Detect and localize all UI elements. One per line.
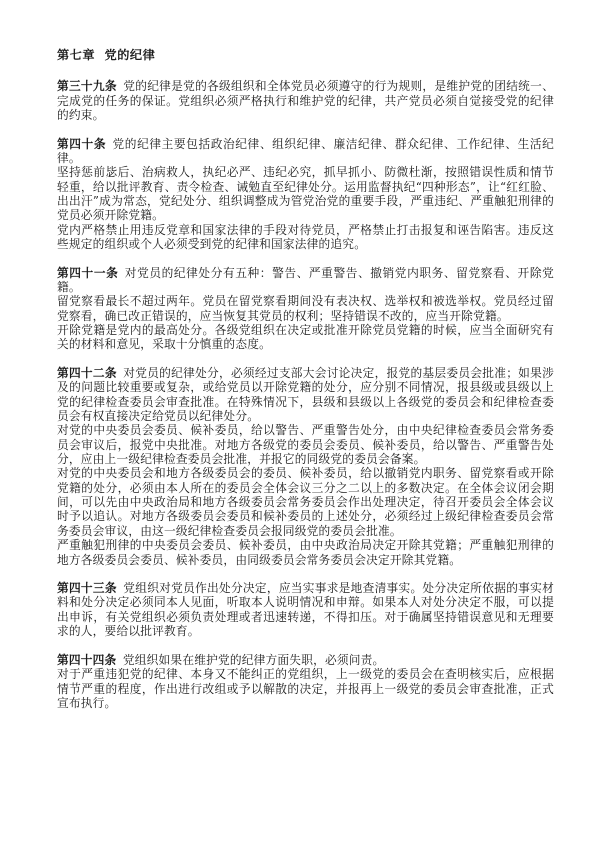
article-number: 第四十四条 xyxy=(57,653,116,667)
article-paragraph: 第四十条党的纪律主要包括政治纪律、组织纪律、廉洁纪律、群众纪律、工作纪律、生活纪… xyxy=(57,137,554,166)
article-39: 第三十九条党的纪律是党的各级组织和全体党员必须遵守的行为规则，是维护党的团结统一… xyxy=(57,79,554,122)
article-number: 第四十二条 xyxy=(57,366,117,380)
article-paragraph: 开除党籍是党内的最高处分。各级党组织在决定或批准开除党员党籍的时候，应当全面研究… xyxy=(57,323,554,352)
article-text: 党组织对党员作出处分决定，应当实事求是地查清事实。处分决定所依据的事实材料和处分… xyxy=(57,581,554,638)
article-number: 第四十一条 xyxy=(57,266,118,280)
article-paragraph: 第四十三条党组织对党员作出处分决定，应当实事求是地查清事实。处分决定所依据的事实… xyxy=(57,581,554,638)
article-number: 第四十三条 xyxy=(57,581,117,595)
chapter-title: 第七章 党的纪律 xyxy=(57,48,554,62)
article-paragraph: 对于严重违犯党的纪律、本身又不能纠正的党组织，上一级党的委员会在查明核实后，应根… xyxy=(57,667,554,710)
article-paragraph: 严重触犯刑律的中央委员会委员、候补委员，由中央政治局决定开除其党籍；严重触犯刑律… xyxy=(57,538,554,567)
article-paragraph: 留党察看最长不超过两年。党员在留党察看期间没有表决权、选举权和被选举权。党员经过… xyxy=(57,294,554,323)
article-number: 第三十九条 xyxy=(57,79,117,93)
article-text: 党的纪律主要包括政治纪律、组织纪律、廉洁纪律、群众纪律、工作纪律、生活纪律。 xyxy=(57,137,554,165)
article-paragraph: 对党的中央委员会和地方各级委员会的委员、候补委员，给以撤销党内职务、留党察看或开… xyxy=(57,466,554,538)
article-paragraph: 第三十九条党的纪律是党的各级组织和全体党员必须遵守的行为规则，是维护党的团结统一… xyxy=(57,79,554,122)
article-40: 第四十条党的纪律主要包括政治纪律、组织纪律、廉洁纪律、群众纪律、工作纪律、生活纪… xyxy=(57,137,554,252)
article-text: 对党员的纪律处分，必须经过支部大会讨论决定，报党的基层委员会批准；如果涉及的问题… xyxy=(57,366,554,423)
article-41: 第四十一条对党员的纪律处分有五种：警告、严重警告、撤销党内职务、留党察看、开除党… xyxy=(57,266,554,352)
article-44: 第四十四条党组织如果在维护党的纪律方面失职，必须问责。 对于严重违犯党的纪律、本… xyxy=(57,653,554,710)
article-43: 第四十三条党组织对党员作出处分决定，应当实事求是地查清事实。处分决定所依据的事实… xyxy=(57,581,554,638)
article-text: 党组织如果在维护党的纪律方面失职，必须问责。 xyxy=(123,653,385,667)
article-text: 党的纪律是党的各级组织和全体党员必须遵守的行为规则，是维护党的团结统一、完成党的… xyxy=(57,79,554,122)
article-paragraph: 对党的中央委员会委员、候补委员，给以警告、严重警告处分，由中央纪律检查委员会常务… xyxy=(57,423,554,466)
article-paragraph: 党内严格禁止用违反党章和国家法律的手段对待党员，严格禁止打击报复和诬告陷害。违反… xyxy=(57,223,554,252)
article-paragraph: 第四十二条对党员的纪律处分，必须经过支部大会讨论决定，报党的基层委员会批准；如果… xyxy=(57,366,554,423)
article-number: 第四十条 xyxy=(57,137,106,151)
article-paragraph: 第四十四条党组织如果在维护党的纪律方面失职，必须问责。 xyxy=(57,653,554,667)
article-42: 第四十二条对党员的纪律处分，必须经过支部大会讨论决定，报党的基层委员会批准；如果… xyxy=(57,366,554,567)
document-page: 第七章 党的纪律 第三十九条党的纪律是党的各级组织和全体党员必须遵守的行为规则，… xyxy=(0,0,600,849)
article-text: 对党员的纪律处分有五种：警告、严重警告、撤销党内职务、留党察看、开除党籍。 xyxy=(57,266,554,294)
article-paragraph: 第四十一条对党员的纪律处分有五种：警告、严重警告、撤销党内职务、留党察看、开除党… xyxy=(57,266,554,295)
article-paragraph: 坚持惩前毖后、治病救人，执纪必严、违纪必究，抓早抓小、防微杜渐，按照错误性质和情… xyxy=(57,165,554,222)
